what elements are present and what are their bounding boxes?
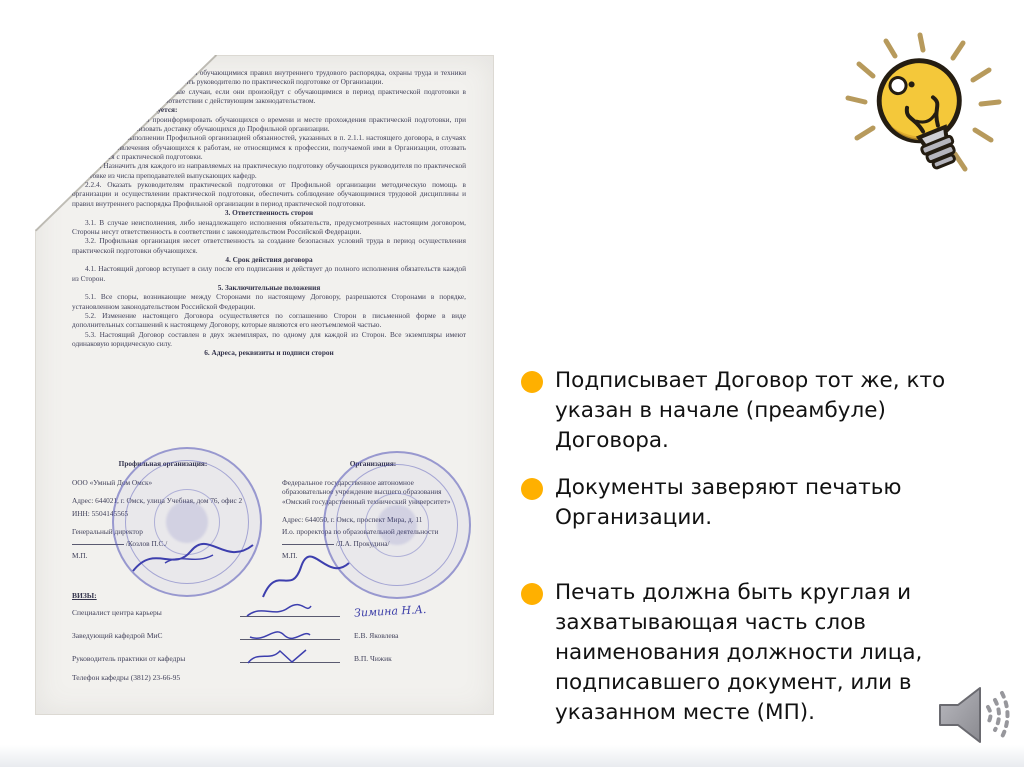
contract-section-heading: 3. Ответственность сторон [72,208,466,217]
notes-list: Подписывает Договор тот же, кто указан в… [521,366,983,728]
scanned-contract: 2.1.7. Обо всех случаях нарушения обучаю… [35,55,494,715]
visa-row: Заведующий кафедрой МиС Е.В. Яковлева [72,627,472,640]
contract-paragraph: 5.1. Все споры, возникающие между Сторон… [72,292,466,311]
party-company: Федеральное государственное автономное о… [282,478,464,506]
signature-row: /Козлов П.С./ [72,539,254,548]
party-address: Адрес: 644021, г. Омск, улица Учебная, д… [72,496,254,505]
note-text: Подписывает Договор тот же, кто указан в… [555,366,983,456]
audio-speaker-icon[interactable] [932,681,1014,749]
signature-line [240,627,340,640]
visa-label: Специалист центра карьеры [72,608,240,617]
contract-paragraph: 2.2.3. Назначить для каждого из направля… [72,161,466,180]
signature-line [240,604,340,617]
contract-paragraph: 2.2.1. Своевременно проинформировать обу… [72,115,466,134]
party-header: Организация: [282,459,464,468]
visa-label: Заведующий кафедрой МиС [72,631,240,640]
bullet-icon [521,478,543,500]
visa-signatory: В.П. Чижик [340,654,472,663]
contract-paragraph: 5.3. Настоящий Договор составлен в двух … [72,330,466,349]
visa-label: Руководитель практики от кафедры [72,654,240,663]
signatory-name: /Л.А. Прокудина/ [336,539,390,548]
list-item: Документы заверяют печатью Организации. [521,473,983,533]
signature-line [240,650,340,663]
list-item: Подписывает Договор тот же, кто указан в… [521,366,983,456]
party-company: ООО «Умный Дом Омск» [72,478,254,487]
visas-title: ВИЗЫ: [72,591,472,600]
party-header: Профильная организация: [72,459,254,468]
bullet-icon [521,583,543,605]
party-address: Адрес: 644050, г. Омск, проспект Мира, д… [282,515,464,524]
signature-scribble [244,648,314,666]
signature-scribble [244,602,314,620]
seal-placeholder: М.П. [72,551,254,560]
contract-paragraph: 2.1.7. Обо всех случаях нарушения обучаю… [72,68,466,87]
visa-signatory-handwritten: Зимина Н.А. [340,601,472,621]
party-profile-organization: Профильная организация: ООО «Умный Дом О… [72,455,254,564]
contract-paragraph: 4.1. Настоящий договор вступает в силу п… [72,264,466,283]
visa-row: Руководитель практики от кафедры В.П. Чи… [72,650,472,663]
parties-columns: Профильная организация: ООО «Умный Дом О… [72,455,464,564]
signature-row: /Л.А. Прокудина/ [282,539,464,548]
visa-row: Специалист центра карьеры Зимина Н.А. [72,604,472,617]
seal-placeholder: М.П. [282,551,464,560]
party-organization: Организация: Федеральное государственное… [282,455,464,564]
visas-block: ВИЗЫ: Специалист центра карьеры Зимина Н… [72,591,472,682]
signature-scribble [244,625,314,643]
contract-section-heading: 4. Срок действия договора [72,255,466,264]
contract-paragraph: 3.2. Профильная организация несет ответс… [72,236,466,255]
department-phone: Телефон кафедры (3812) 23-66-95 [72,673,472,682]
slide-bottom-gradient [0,745,1024,767]
note-text: Документы заверяют печатью Организации. [555,473,983,533]
note-text: Печать должна быть круглая и захватывающ… [555,578,983,728]
contract-paragraph: 2.2.2. При невыполнении Профильной орган… [72,133,466,161]
signatory-name: /Козлов П.С./ [126,539,167,548]
party-inn: ИНН: 5504145565 [72,509,254,518]
contract-body: 2.1.7. Обо всех случаях нарушения обучаю… [72,68,466,358]
contract-paragraph: 2.2.8. Расследовать несчастные случаи, е… [72,87,466,106]
contract-section-heading: 2.2. Организация обязуется: [72,105,466,114]
party-role: Генеральный директор [72,527,254,536]
contract-section-heading: 5. Заключительные положения [72,283,466,292]
list-item: Печать должна быть круглая и захватывающ… [521,578,983,728]
bullet-icon [521,371,543,393]
party-role: И.о. проректора по образовательной деяте… [282,527,464,536]
presentation-slide: 2.1.7. Обо всех случаях нарушения обучаю… [0,0,1024,767]
signature-line [282,544,334,545]
contract-section-heading: 6. Адреса, реквизиты и подписи сторон [72,348,466,357]
visa-signatory: Е.В. Яковлева [340,631,472,640]
contract-paragraph: 5.2. Изменение настоящего Договора осуще… [72,311,466,330]
contract-paragraph: 2.2.4. Оказать руководителям практическо… [72,180,466,208]
contract-paragraph: 3.1. В случае неисполнения, либо ненадле… [72,218,466,237]
signature-line [72,544,124,545]
lightbulb-icon [843,30,1011,200]
